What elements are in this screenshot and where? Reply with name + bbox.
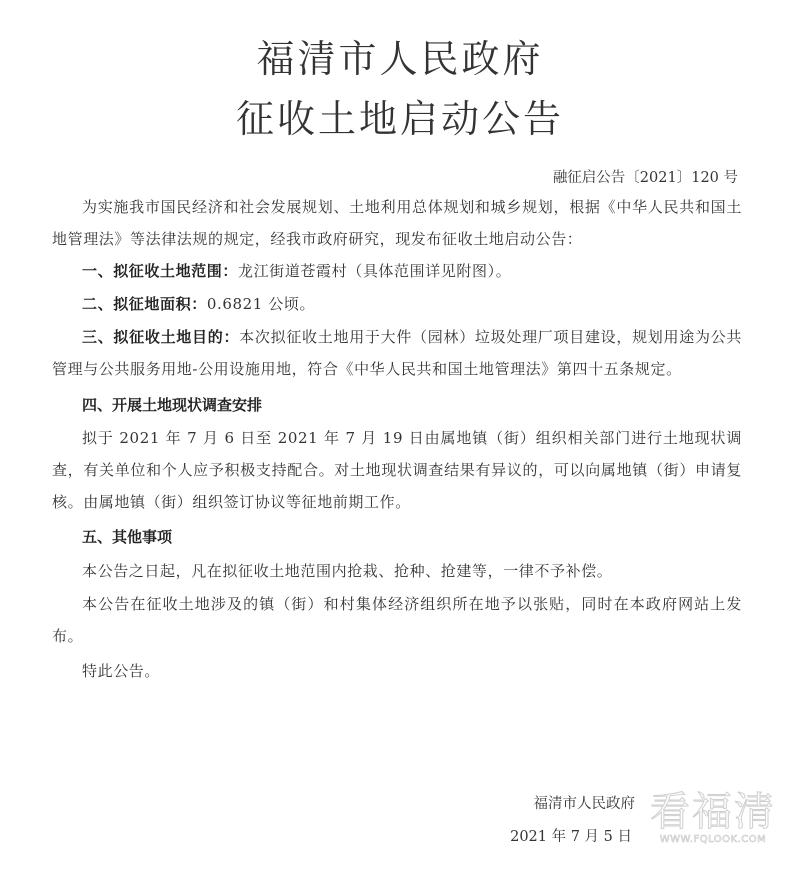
watermark: 看福清 WWW.FQLOOK.COM <box>638 790 788 845</box>
signature-date: 2021 年 7 月 5 日 <box>510 825 632 846</box>
section-4-text: 拟于 2021 年 7 月 6 日至 2021 年 7 月 19 日由属地镇（街… <box>52 422 742 518</box>
section-1-heading: 一、拟征收土地范围： <box>82 262 238 280</box>
section-3: 三、拟征收土地目的：本次拟征收土地用于大件（园林）垃圾处理厂项目建设，规划用途为… <box>52 321 742 385</box>
signature-issuer: 福清市人民政府 <box>534 792 636 813</box>
section-4-heading: 四、开展土地现状调查安排 <box>82 389 262 421</box>
watermark-logo-text: 看福清 <box>638 790 788 834</box>
section-2: 二、拟征地面积：0.6821 公顷。 <box>52 288 742 320</box>
section-5-paragraph-2: 本公告在征收土地涉及的镇（街）和村集体经济组织所在地予以张贴，同时在本政府网站上… <box>52 588 742 652</box>
section-1-text: 龙江街道苍霞村（具体范围详见附图）。 <box>238 262 511 280</box>
page-title-line1: 福清市人民政府 <box>0 28 800 83</box>
document-number: 融征启公告〔2021〕120 号 <box>553 166 738 187</box>
watermark-url: WWW.FQLOOK.COM <box>638 834 788 845</box>
section-5-heading: 五、其他事项 <box>82 521 172 553</box>
closing-paragraph: 特此公告。 <box>52 655 742 687</box>
section-3-heading: 三、拟征收土地目的： <box>82 328 239 346</box>
intro-paragraph: 为实施我市国民经济和社会发展规划、土地利用总体规划和城乡规划，根据《中华人民共和… <box>52 191 742 255</box>
section-2-text: 0.6821 公顷。 <box>207 295 315 313</box>
section-2-heading: 二、拟征地面积： <box>82 295 207 313</box>
section-5-paragraph-1: 本公告之日起，凡在拟征收土地范围内抢栽、抢种、抢建等，一律不予补偿。 <box>52 555 742 587</box>
section-1: 一、拟征收土地范围：龙江街道苍霞村（具体范围详见附图）。 <box>52 255 742 287</box>
page-title-line2: 征收土地启动公告 <box>0 88 800 143</box>
